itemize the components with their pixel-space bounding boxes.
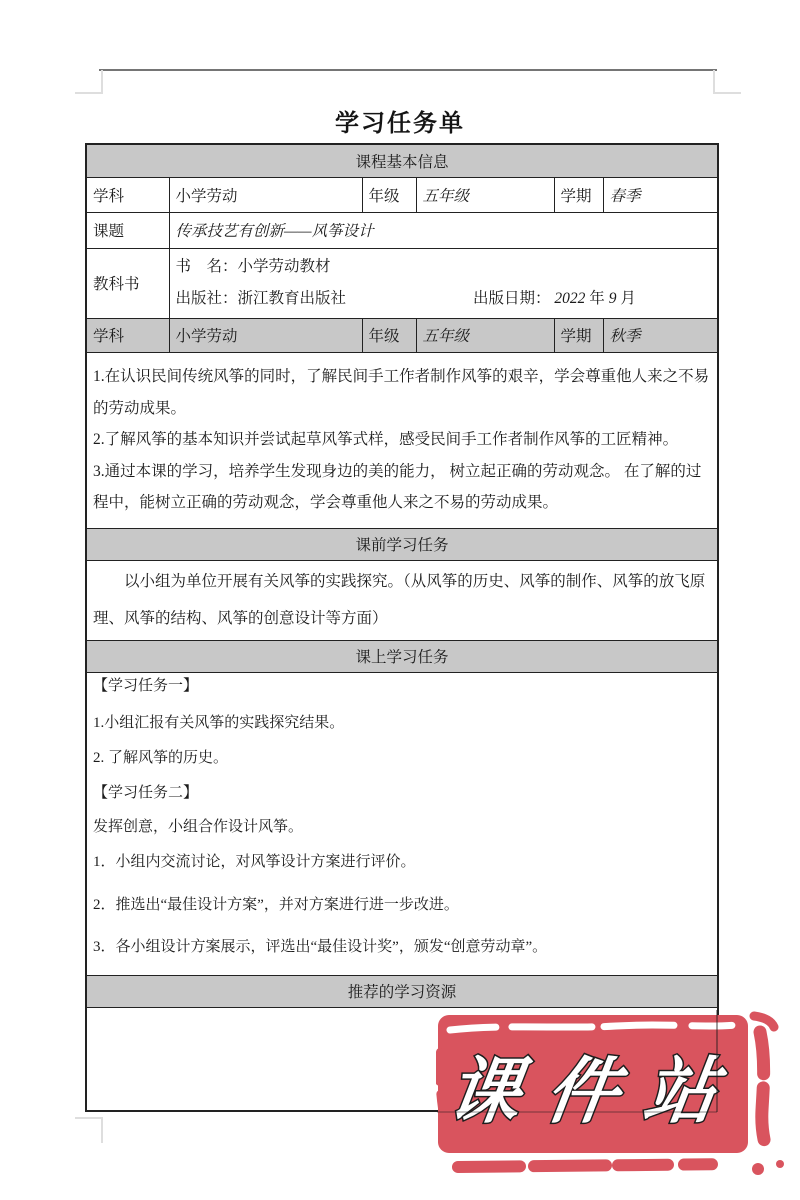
task-2-item-1: 1．小组内交流讨论，对风筝设计方案进行评价。 — [93, 852, 711, 873]
subject-label-2: 学科 — [86, 318, 169, 352]
task-1-item-1: 1.小组汇报有关风筝的实践探究结果。 — [93, 713, 711, 734]
task-1-heading: 【学习任务一】 — [93, 676, 711, 697]
kejian-zhan-stamp: 课件站 — [436, 1008, 796, 1192]
preclass-body-row: 以小组为单位开展有关风筝的实践探究。（从风筝的历史、风筝的制作、风筝的放飞原理、… — [86, 560, 718, 640]
inclass-body-row: 【学习任务一】 1.小组汇报有关风筝的实践探究结果。 2. 了解风筝的历史。 【… — [86, 672, 718, 975]
task-2-intro: 发挥创意，小组合作设计风筝。 — [93, 817, 711, 838]
grade-value: 五年级 — [416, 177, 554, 212]
stamp-frame-top-right — [754, 1016, 774, 1027]
grade-label: 年级 — [362, 177, 416, 212]
task-sheet-table: 课程基本信息 学科 小学劳动 年级 五年级 学期 春季 课题 传承技艺有创新——… — [85, 143, 719, 1112]
publish-month-unit: 月 — [620, 290, 636, 307]
objectives-row: 1.在认识民间传统风筝的同时，了解民间手工作者制作风筝的艰辛，学会尊重他人来之不… — [86, 352, 718, 528]
publish-year-unit: 年 — [589, 290, 605, 307]
book-name-line: 书 名： 小学劳动教材 — [176, 251, 712, 283]
publish-date-label: 出版日期： — [473, 290, 551, 307]
info-row-2: 学科 小学劳动 年级 五年级 学期 秋季 — [86, 318, 718, 352]
textbook-details: 书 名： 小学劳动教材 出版社： 浙江教育出版社 出版日期： 2022 年 9 … — [169, 248, 718, 318]
course-info-header: 课程基本信息 — [86, 144, 718, 177]
page-boundary-line — [99, 69, 717, 71]
task-2-item-2: 2．推选出“最佳设计方案”，并对方案进行进一步改进。 — [93, 895, 711, 916]
objectives-cell: 1.在认识民间传统风筝的同时，了解民间手工作者制作风筝的艰辛，学会尊重他人来之不… — [86, 352, 718, 528]
task-2-item-3: 3．各小组设计方案展示，评选出“最佳设计奖”，颁发“创意劳动章”。 — [93, 937, 711, 958]
page-title: 学习任务单 — [0, 103, 800, 138]
resources-header: 推荐的学习资源 — [86, 975, 718, 1007]
book-name-label: 书 名： — [176, 251, 238, 283]
publisher-label: 出版社： — [176, 283, 238, 315]
inclass-body-cell: 【学习任务一】 1.小组汇报有关风筝的实践探究结果。 2. 了解风筝的历史。 【… — [86, 672, 718, 975]
stamp-frame-bottom — [458, 1164, 736, 1167]
stamp-frame-left — [439, 1052, 442, 1108]
stamp-dot-2 — [776, 1160, 784, 1168]
inclass-header: 课上学习任务 — [86, 640, 718, 672]
preclass-body-cell: 以小组为单位开展有关风筝的实践探究。（从风筝的历史、风筝的制作、风筝的放飞原理、… — [86, 560, 718, 640]
objective-1: 1.在认识民间传统风筝的同时，了解民间手工作者制作风筝的艰辛，学会尊重他人来之不… — [93, 361, 711, 424]
resources-header-row: 推荐的学习资源 — [86, 975, 718, 1007]
crop-mark-top-left — [75, 70, 103, 94]
topic-label: 课题 — [86, 212, 169, 248]
preclass-header-row: 课前学习任务 — [86, 528, 718, 560]
preclass-header: 课前学习任务 — [86, 528, 718, 560]
section-header-row: 课程基本信息 — [86, 144, 718, 177]
task-1-item-2: 2. 了解风筝的历史。 — [93, 748, 711, 769]
subject-label: 学科 — [86, 177, 169, 212]
term-value: 春季 — [603, 177, 718, 212]
textbook-label: 教科书 — [86, 248, 169, 318]
crop-mark-bottom-left — [75, 1117, 103, 1143]
book-name-value: 小学劳动教材 — [238, 251, 331, 283]
stamp-dot-1 — [752, 1163, 764, 1175]
term-label: 学期 — [554, 177, 603, 212]
document-page: 学习任务单 课程基本信息 学科 小学劳动 年级 五年级 学期 春季 课题 传承技… — [0, 0, 800, 1200]
publisher-value: 浙江教育出版社 — [238, 283, 347, 315]
stamp-label: 课件站 — [443, 1052, 748, 1132]
crop-mark-top-right — [713, 70, 741, 94]
subject-value: 小学劳动 — [169, 177, 362, 212]
inclass-header-row: 课上学习任务 — [86, 640, 718, 672]
textbook-row: 教科书 书 名： 小学劳动教材 出版社： 浙江教育出版社 出版日期： 2022 … — [86, 248, 718, 318]
objective-3: 3.通过本课的学习，培养学生发现身边的美的能力， 树立起正确的劳动观念。 在了解… — [93, 456, 711, 519]
publish-month: 9 — [609, 290, 617, 307]
term-value-2: 秋季 — [603, 318, 718, 352]
grade-label-2: 年级 — [362, 318, 416, 352]
grade-value-2: 五年级 — [416, 318, 554, 352]
publisher-line: 出版社： 浙江教育出版社 出版日期： 2022 年 9 月 — [176, 283, 712, 315]
preclass-body: 以小组为单位开展有关风筝的实践探究。（从风筝的历史、风筝的制作、风筝的放飞原理、… — [93, 563, 711, 637]
stamp-top-notch — [450, 1025, 736, 1030]
term-label-2: 学期 — [554, 318, 603, 352]
publish-date: 出版日期： 2022 年 9 月 — [473, 283, 636, 315]
objective-2: 2.了解风筝的基本知识并尝试起草风筝式样，感受民间手工作者制作风筝的工匠精神。 — [93, 424, 711, 456]
subject-value-2: 小学劳动 — [169, 318, 362, 352]
task-2-heading: 【学习任务二】 — [93, 783, 711, 804]
stamp-frame-right — [760, 1032, 766, 1148]
topic-value: 传承技艺有创新——风筝设计 — [169, 212, 718, 248]
topic-row: 课题 传承技艺有创新——风筝设计 — [86, 212, 718, 248]
info-row-1: 学科 小学劳动 年级 五年级 学期 春季 — [86, 177, 718, 212]
publish-year: 2022 — [554, 290, 585, 307]
